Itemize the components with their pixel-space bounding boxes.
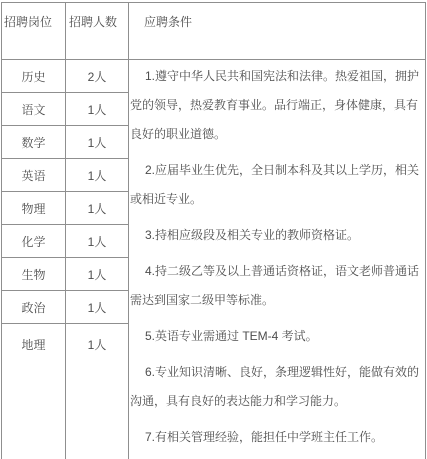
cell-subject: 数学 — [2, 126, 66, 159]
cell-count: 1人 — [66, 93, 129, 126]
condition-item-2: 2.应届毕业生优先，全日制本科及其以上学历，相关或相近专业。 — [130, 156, 424, 214]
cell-subject: 历史 — [2, 60, 66, 93]
cell-conditions: 1.遵守中华人民共和国宪法和法律。热爱祖国，拥护党的领导，热爱教育事业。品行端正… — [129, 60, 426, 459]
recruitment-table: 招聘岗位 招聘人数 应聘条件 历史 2人 1.遵守中华人民共和国宪法和法律。热爱… — [1, 2, 426, 459]
cell-subject: 物理 — [2, 192, 66, 225]
cell-count: 1人 — [66, 225, 129, 258]
cell-subject: 地理 — [2, 324, 66, 459]
cell-subject: 生物 — [2, 258, 66, 291]
condition-item-6: 6.专业知识清晰、良好，条理逻辑性好，能做有效的沟通，具有良好的表达能力和学习能… — [130, 358, 424, 416]
cell-count: 1人 — [66, 258, 129, 291]
condition-item-7: 7.有相关管理经验，能担任中学班主任工作。 — [130, 423, 424, 452]
table-row: 历史 2人 1.遵守中华人民共和国宪法和法律。热爱祖国，拥护党的领导，热爱教育事… — [2, 60, 426, 93]
cell-count: 1人 — [66, 324, 129, 459]
cell-count: 1人 — [66, 192, 129, 225]
header-position: 招聘岗位 — [2, 3, 66, 60]
cell-subject: 化学 — [2, 225, 66, 258]
cell-count: 1人 — [66, 159, 129, 192]
header-row: 招聘岗位 招聘人数 应聘条件 — [2, 3, 426, 60]
cell-count: 2人 — [66, 60, 129, 93]
cell-count: 1人 — [66, 291, 129, 324]
cell-subject: 语文 — [2, 93, 66, 126]
table-body: 历史 2人 1.遵守中华人民共和国宪法和法律。热爱祖国，拥护党的领导，热爱教育事… — [2, 60, 426, 459]
cell-subject: 英语 — [2, 159, 66, 192]
condition-item-4: 4.持二级乙等及以上普通话资格证，语文老师普通话需达到国家二级甲等标准。 — [130, 257, 424, 315]
table-header: 招聘岗位 招聘人数 应聘条件 — [2, 3, 426, 60]
cell-subject: 政治 — [2, 291, 66, 324]
header-count: 招聘人数 — [66, 3, 129, 60]
condition-item-5: 5.英语专业需通过 TEM-4 考试。 — [130, 322, 424, 351]
condition-item-3: 3.持相应级段及相关专业的教师资格证。 — [130, 221, 424, 250]
header-conditions: 应聘条件 — [129, 3, 426, 60]
condition-item-1: 1.遵守中华人民共和国宪法和法律。热爱祖国，拥护党的领导，热爱教育事业。品行端正… — [130, 62, 424, 149]
cell-count: 1人 — [66, 126, 129, 159]
